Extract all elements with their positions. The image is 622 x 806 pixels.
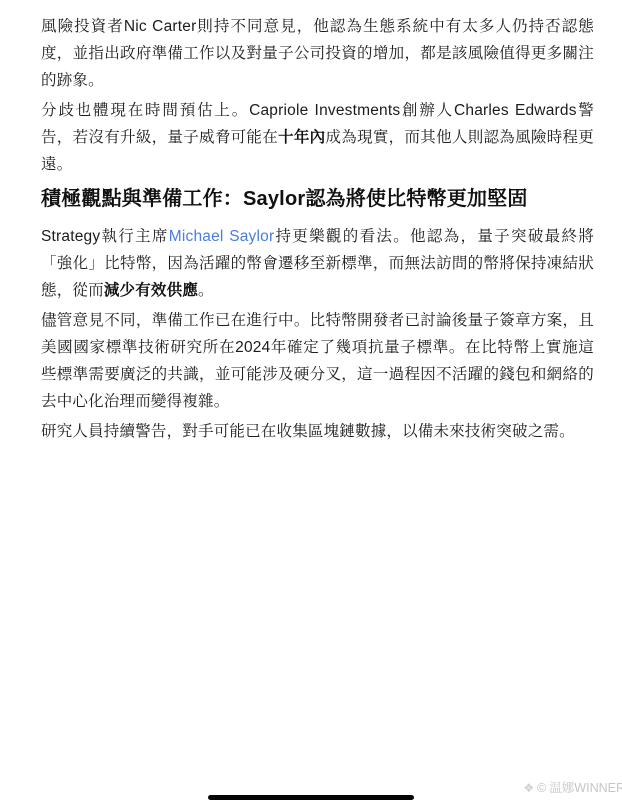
watermark-copyright-symbol: © xyxy=(537,781,546,796)
paragraph-text: Strategy執行主席 xyxy=(41,228,169,245)
paragraph-researchers-warning: 研究人員持續警告，對手可能已在收集區塊鏈數據，以備未來技術突破之需。 xyxy=(41,418,594,445)
paragraph-text: 儘管意見不同，準備工作已在進行中。比特幣開發者已討論後量子簽章方案，且美國國家標… xyxy=(41,312,594,410)
paragraph-nic-carter: 風險投資者Nic Carter則持不同意見，他認為生態系統中有太多人仍持否認態度… xyxy=(41,13,594,94)
michael-saylor-link[interactable]: Michael Saylor xyxy=(169,228,275,245)
paragraph-text: 風險投資者Nic Carter則持不同意見，他認為生態系統中有太多人仍持否認態度… xyxy=(41,18,594,89)
article-body: 風險投資者Nic Carter則持不同意見，他認為生態系統中有太多人仍持否認態度… xyxy=(41,13,594,448)
bold-phrase-ten-years: 十年內 xyxy=(278,129,325,146)
watermark-diamond-icon: ❖ xyxy=(523,781,534,796)
paragraph-text: 研究人員持續警告，對手可能已在收集區塊鏈數據，以備未來技術突破之需。 xyxy=(41,423,575,440)
paragraph-text: 。 xyxy=(198,282,214,299)
paragraph-preparation: 儘管意見不同，準備工作已在進行中。比特幣開發者已討論後量子簽章方案，且美國國家標… xyxy=(41,307,594,415)
paragraph-time-estimates: 分歧也體現在時間預估上。Capriole Investments創辦人Charl… xyxy=(41,97,594,178)
watermark: ❖ © 温娜WINNER xyxy=(523,781,622,796)
paragraph-saylor-view: Strategy執行主席Michael Saylor持更樂觀的看法。他認為，量子… xyxy=(41,223,594,304)
watermark-name: 温娜WINNER xyxy=(549,781,622,796)
bold-phrase-reduce-supply: 減少有效供應 xyxy=(104,282,198,299)
section-heading: 積極觀點與準備工作：Saylor認為將使比特幣更加堅固 xyxy=(41,184,594,214)
home-indicator-bar[interactable] xyxy=(208,795,414,800)
